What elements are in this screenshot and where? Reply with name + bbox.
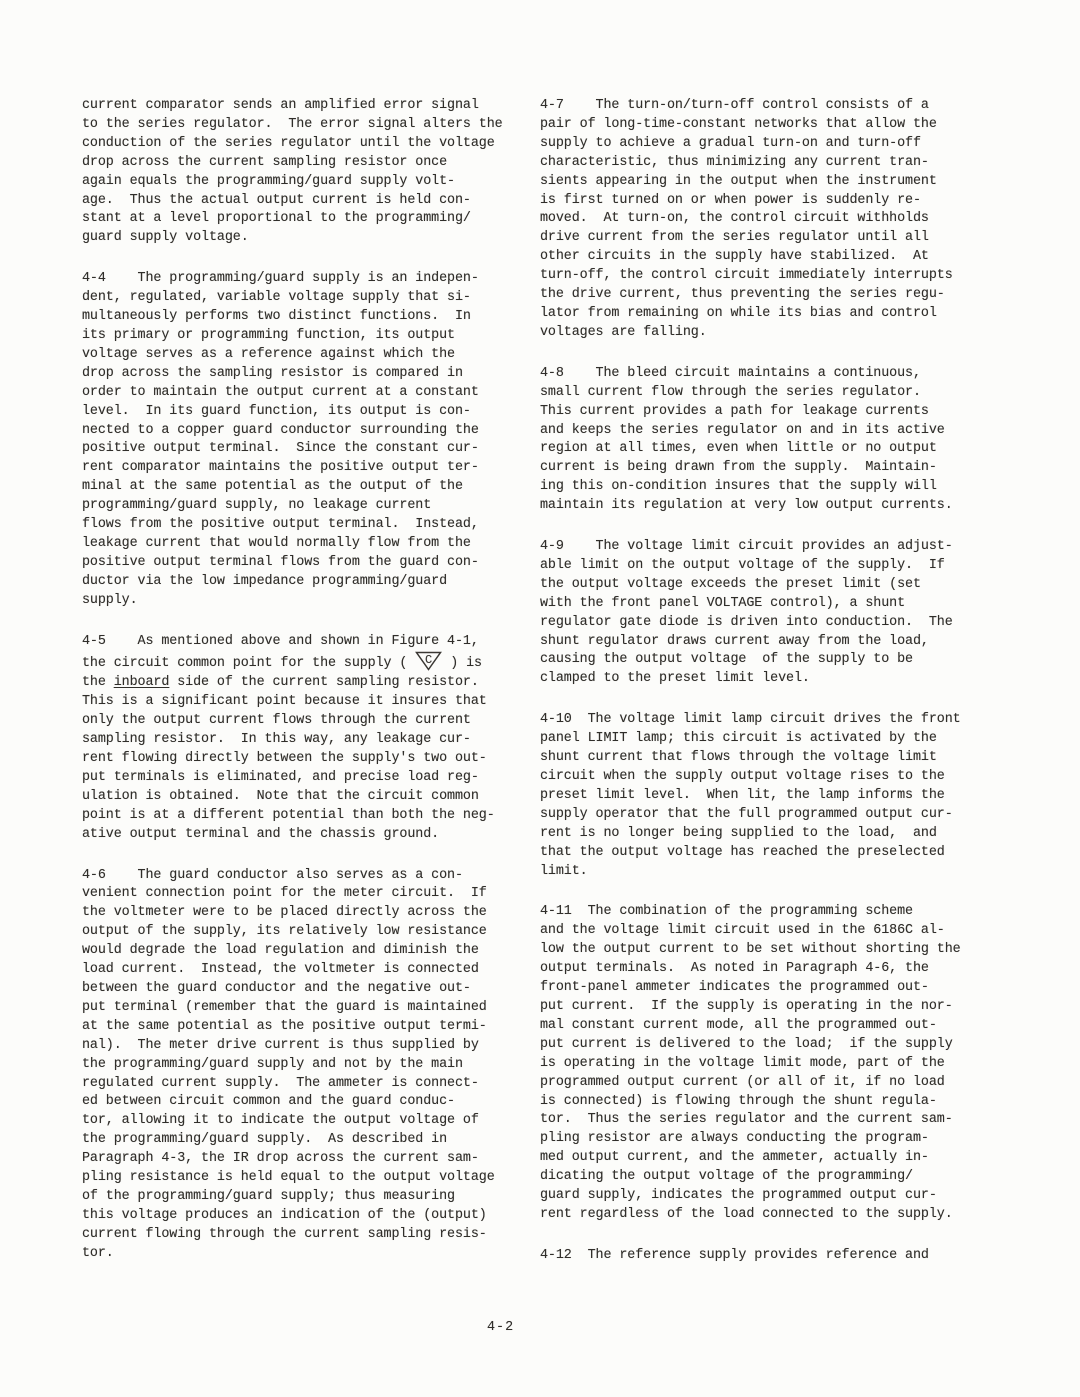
underlined-term: inboard [114,675,170,690]
paragraph-4-3-continuation: current comparator sends an amplified er… [82,97,537,248]
right-column: 4-7 The turn-on/turn-off control consist… [540,97,995,1288]
page-number: 4-2 [487,1320,514,1335]
paragraph-4-7: 4-7 The turn-on/turn-off control consist… [540,97,995,343]
svg-text:C: C [425,653,432,667]
paragraph-4-5: 4-5 As mentioned above and shown in Figu… [82,633,537,845]
manual-page: current comparator sends an amplified er… [0,0,1080,1397]
left-column: current comparator sends an amplified er… [82,97,537,1286]
paragraph-4-11: 4-11 The combination of the programming … [540,903,995,1224]
paragraph-4-10: 4-10 The voltage limit lamp circuit driv… [540,711,995,881]
paragraph-4-12: 4-12 The reference supply provides refer… [540,1247,995,1266]
circuit-common-icon: C [415,651,442,671]
paragraph-4-9: 4-9 The voltage limit circuit provides a… [540,538,995,689]
paragraph-4-6: 4-6 The guard conductor also serves as a… [82,867,537,1264]
paragraph-4-8: 4-8 The bleed circuit maintains a contin… [540,365,995,516]
paragraph-4-4: 4-4 The programming/guard supply is an i… [82,270,537,610]
